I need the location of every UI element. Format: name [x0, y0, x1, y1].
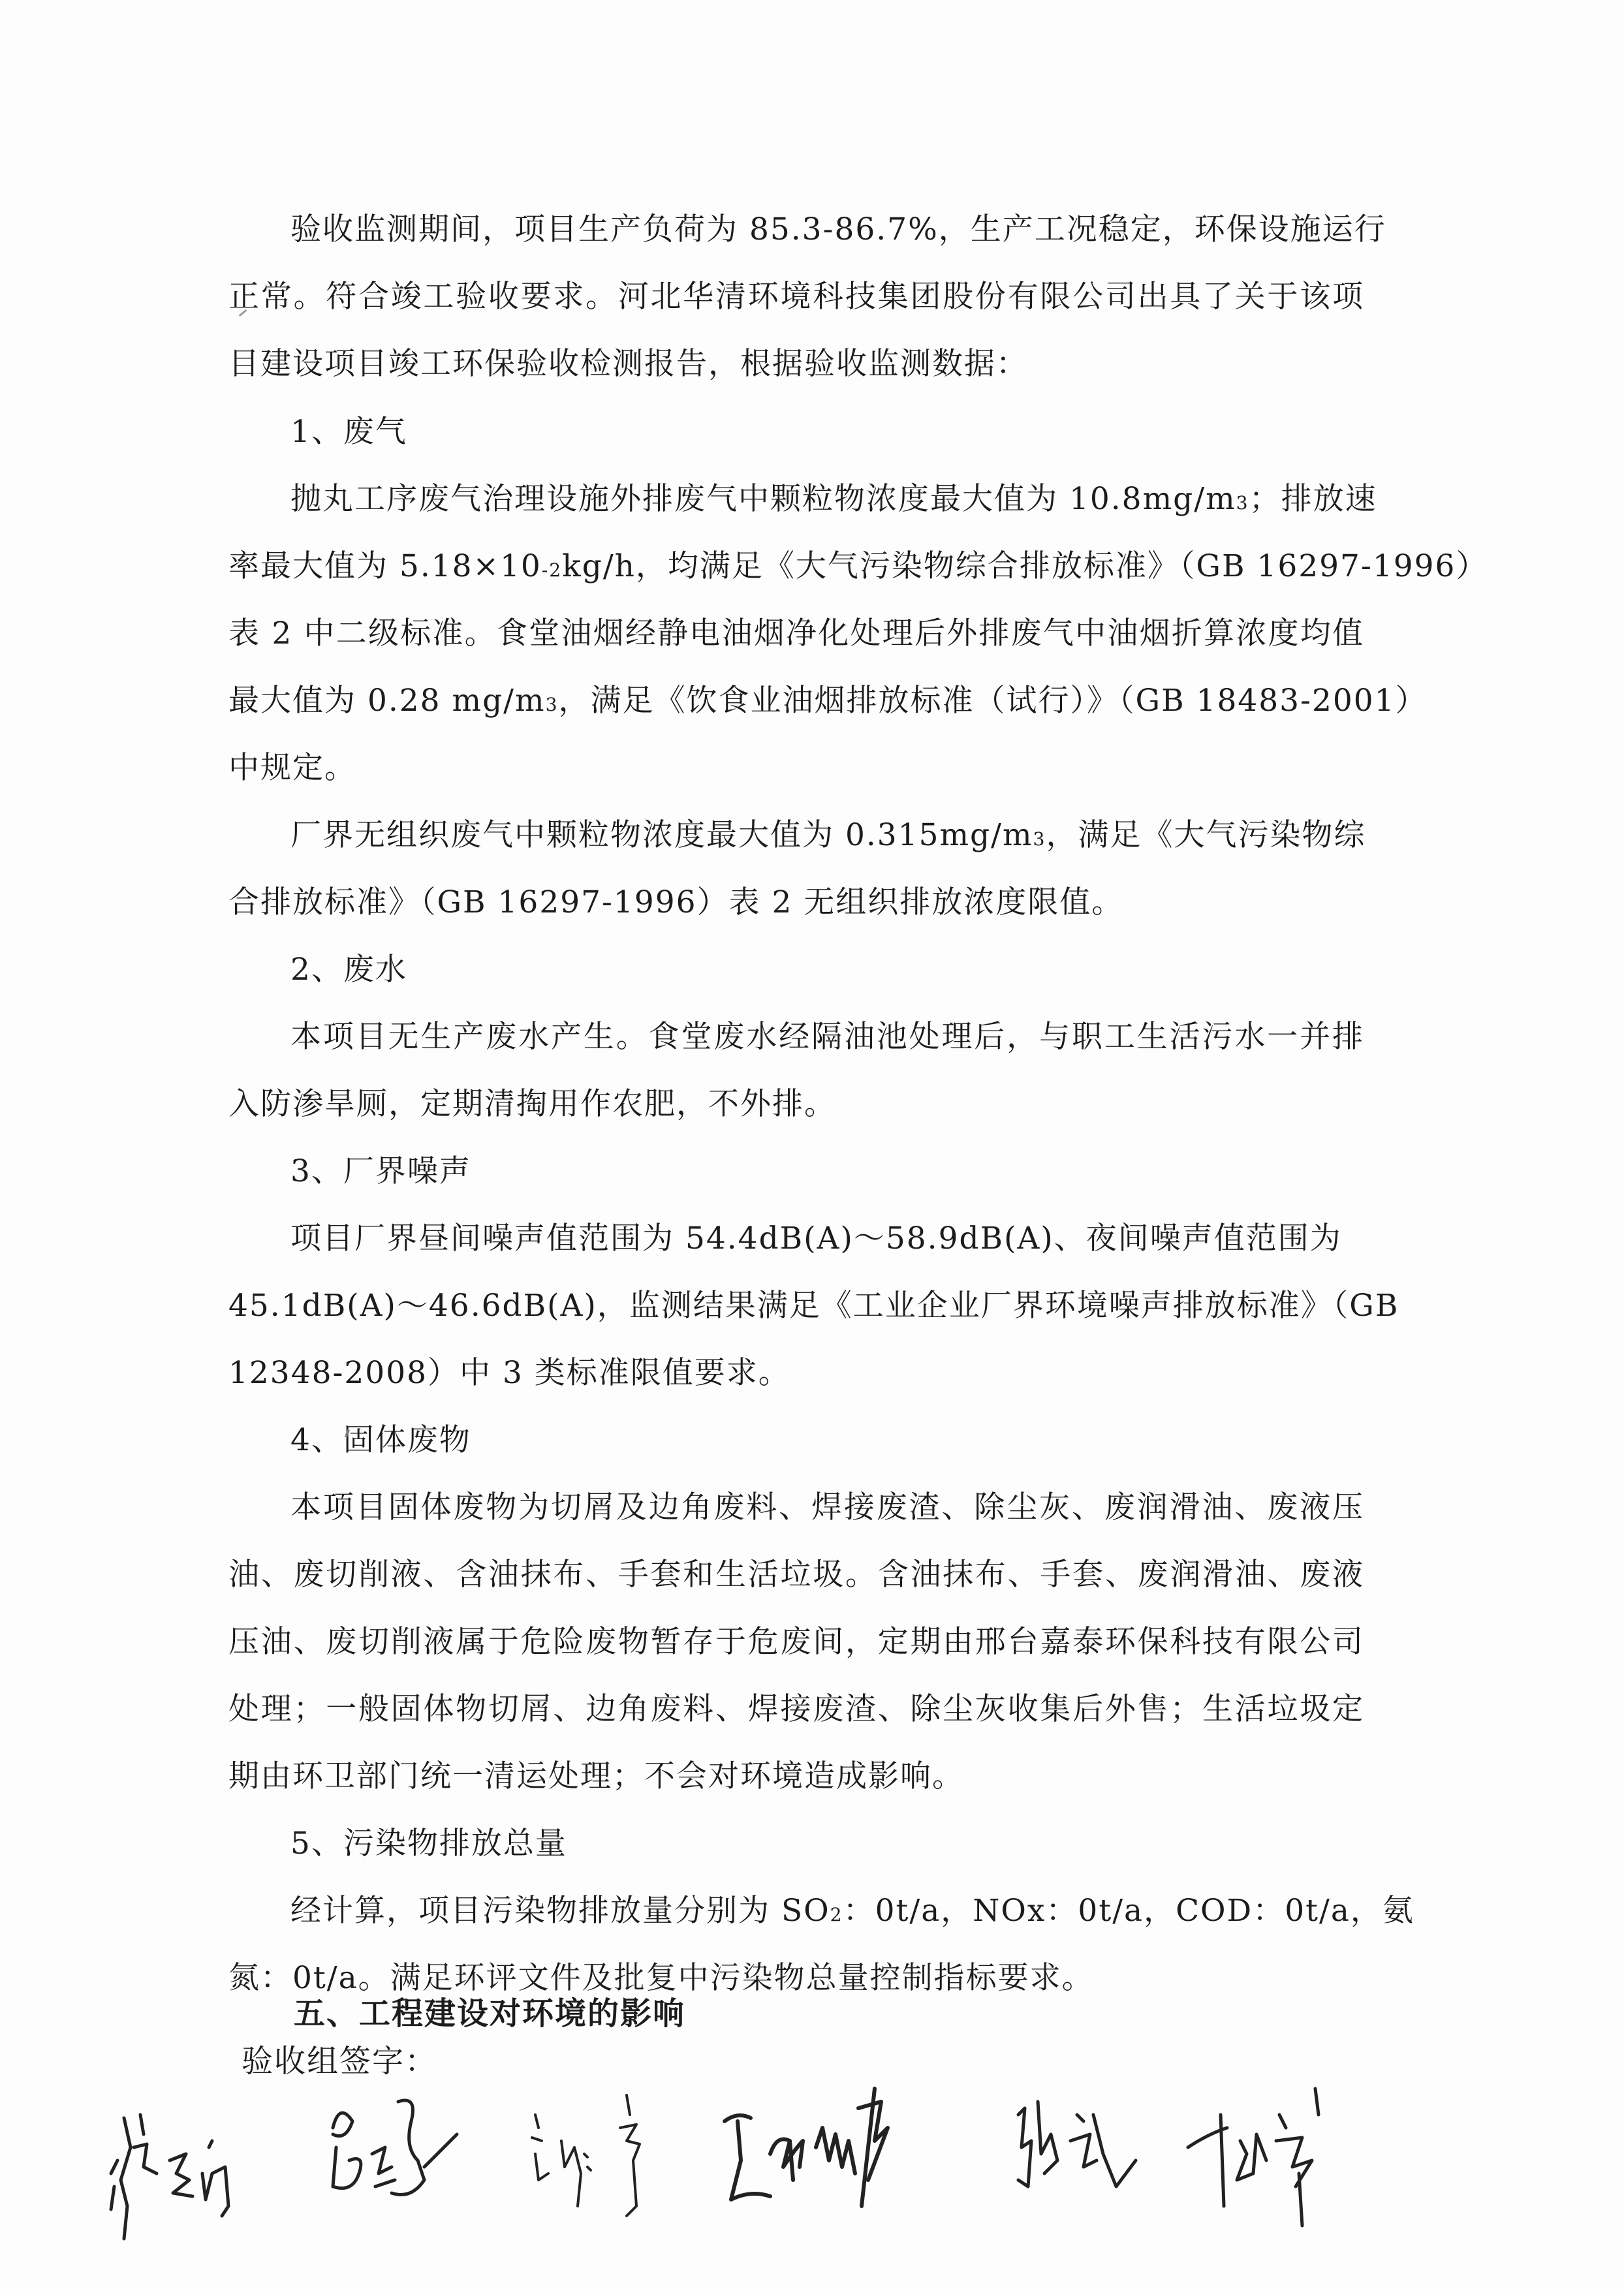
- section-heading-total: 5、污染物排放总量: [290, 1824, 1426, 1863]
- solid-line-3: 压油、废切削液属于危险废物暂存于危废间，定期由邢台嘉泰环保科技有限公司: [228, 1623, 1364, 1662]
- intro-line-2: 正常。符合竣工验收要求。河北华清环境科技集团股份有限公司出具了关于该项: [228, 277, 1364, 317]
- text-run: 厂界无组织废气中颗粒物浓度最大值为 0.315mg/m: [290, 817, 1033, 853]
- signature-label: 验收组签字：: [242, 2042, 437, 2081]
- total-line-2: 氮：0t/a。满足环评文件及批复中污染物总量控制指标要求。: [228, 1959, 1364, 1998]
- gas-p1-line-2: 率最大值为 5.18×10-2kg/h，均满足《大气污染物综合排放标准》（GB …: [228, 547, 1364, 586]
- section-heading-gas: 1、废气: [290, 413, 1426, 452]
- gas-p2-line-2: 合排放标准》（GB 16297-1996）表 2 无组织排放浓度限值。: [228, 883, 1364, 922]
- section-heading-water: 2、废水: [290, 950, 1426, 989]
- subscript: 2: [830, 1904, 843, 1925]
- gas-p2-line-1: 厂界无组织废气中颗粒物浓度最大值为 0.315mg/m3，满足《大气污染物综: [290, 816, 1364, 855]
- text-run: 经计算，项目污染物排放量分别为 SO: [290, 1893, 830, 1929]
- total-line-1: 经计算，项目污染物排放量分别为 SO2：0t/a，NOx：0t/a，COD：0t…: [290, 1892, 1364, 1931]
- solid-line-4: 处理；一般固体物切屑、边角废料、焊接废渣、除尘灰收集后外售；生活垃圾定: [228, 1690, 1364, 1729]
- scanned-document-page: 验收监测期间，项目生产负荷为 85.3-86.7%，生产工况稳定，环保设施运行 …: [0, 0, 1624, 2289]
- text-run: ；排放速: [1249, 481, 1377, 517]
- solid-line-2: 油、废切削液、含油抹布、手套和生活垃圾。含油抹布、手套、废润滑油、废液: [228, 1555, 1364, 1595]
- signature-5: [1005, 2076, 1162, 2245]
- superscript: 3: [546, 694, 559, 715]
- solid-line-1: 本项目固体废物为切屑及边角废料、焊接废渣、除尘灰、废润滑油、废液压: [290, 1488, 1364, 1527]
- gas-p1-line-3: 表 2 中二级标准。食堂油烟经静电油烟净化处理后外排废气中油烟折算浓度均值: [228, 614, 1364, 653]
- gas-p1-line-5: 中规定。: [228, 749, 1364, 788]
- section-heading-noise: 3、厂界噪声: [290, 1152, 1426, 1191]
- text-run: ：0t/a，NOx：0t/a，COD：0t/a，氨: [843, 1893, 1414, 1929]
- noise-line-1: 项目厂界昼间噪声值范围为 54.4dB(A)～58.9dB(A)、夜间噪声值范围…: [290, 1219, 1364, 1258]
- text-run: 率最大值为 5.18×10: [228, 548, 542, 584]
- intro-line-3: 目建设项目竣工环保验收检测报告，根据验收监测数据：: [228, 345, 1364, 384]
- water-line-2: 入防渗旱厕，定期清掏用作农肥，不外排。: [228, 1085, 1364, 1124]
- signature-4: [711, 2076, 992, 2245]
- text-run: 最大值为 0.28 mg/m: [228, 683, 546, 719]
- signature-row: [98, 2076, 1534, 2245]
- text-run: 抛丸工序废气治理设施外排废气中颗粒物浓度最大值为 10.8mg/m: [290, 481, 1236, 517]
- noise-line-2: 45.1dB(A)～46.6dB(A)，监测结果满足《工业企业厂界环境噪声排放标…: [228, 1286, 1364, 1326]
- superscript: -2: [542, 559, 562, 581]
- solid-line-5: 期由环卫部门统一清运处理；不会对环境造成影响。: [228, 1757, 1364, 1796]
- noise-line-3: 12348-2008）中 3 类标准限值要求。: [228, 1354, 1364, 1393]
- superscript: 3: [1236, 492, 1249, 514]
- section-heading-solid: 4、固体废物: [290, 1421, 1426, 1460]
- water-line-1: 本项目无生产废水产生。食堂废水经隔油池处理后，与职工生活污水一并排: [290, 1018, 1364, 1057]
- gas-p1-line-4: 最大值为 0.28 mg/m3，满足《饮食业油烟排放标准（试行）》（GB 184…: [228, 681, 1364, 721]
- text-run: kg/h，均满足《大气污染物综合排放标准》（GB 16297-1996）: [562, 548, 1488, 584]
- signature-2: [313, 2076, 509, 2245]
- signature-6: [1181, 2076, 1351, 2245]
- text-run: ，满足《饮食业油烟排放标准（试行）》（GB 18483-2001）: [559, 683, 1428, 719]
- signature-1: [98, 2076, 294, 2245]
- chapter-heading: 五、工程建设对环境的影响: [294, 1994, 685, 2033]
- text-run: ，满足《大气污染物综: [1046, 817, 1366, 853]
- superscript: 3: [1033, 828, 1046, 850]
- intro-line-1: 验收监测期间，项目生产负荷为 85.3-86.7%，生产工况稳定，环保设施运行: [290, 210, 1364, 249]
- gas-p1-line-1: 抛丸工序废气治理设施外排废气中颗粒物浓度最大值为 10.8mg/m3；排放速: [290, 480, 1364, 519]
- signature-3: [522, 2076, 692, 2245]
